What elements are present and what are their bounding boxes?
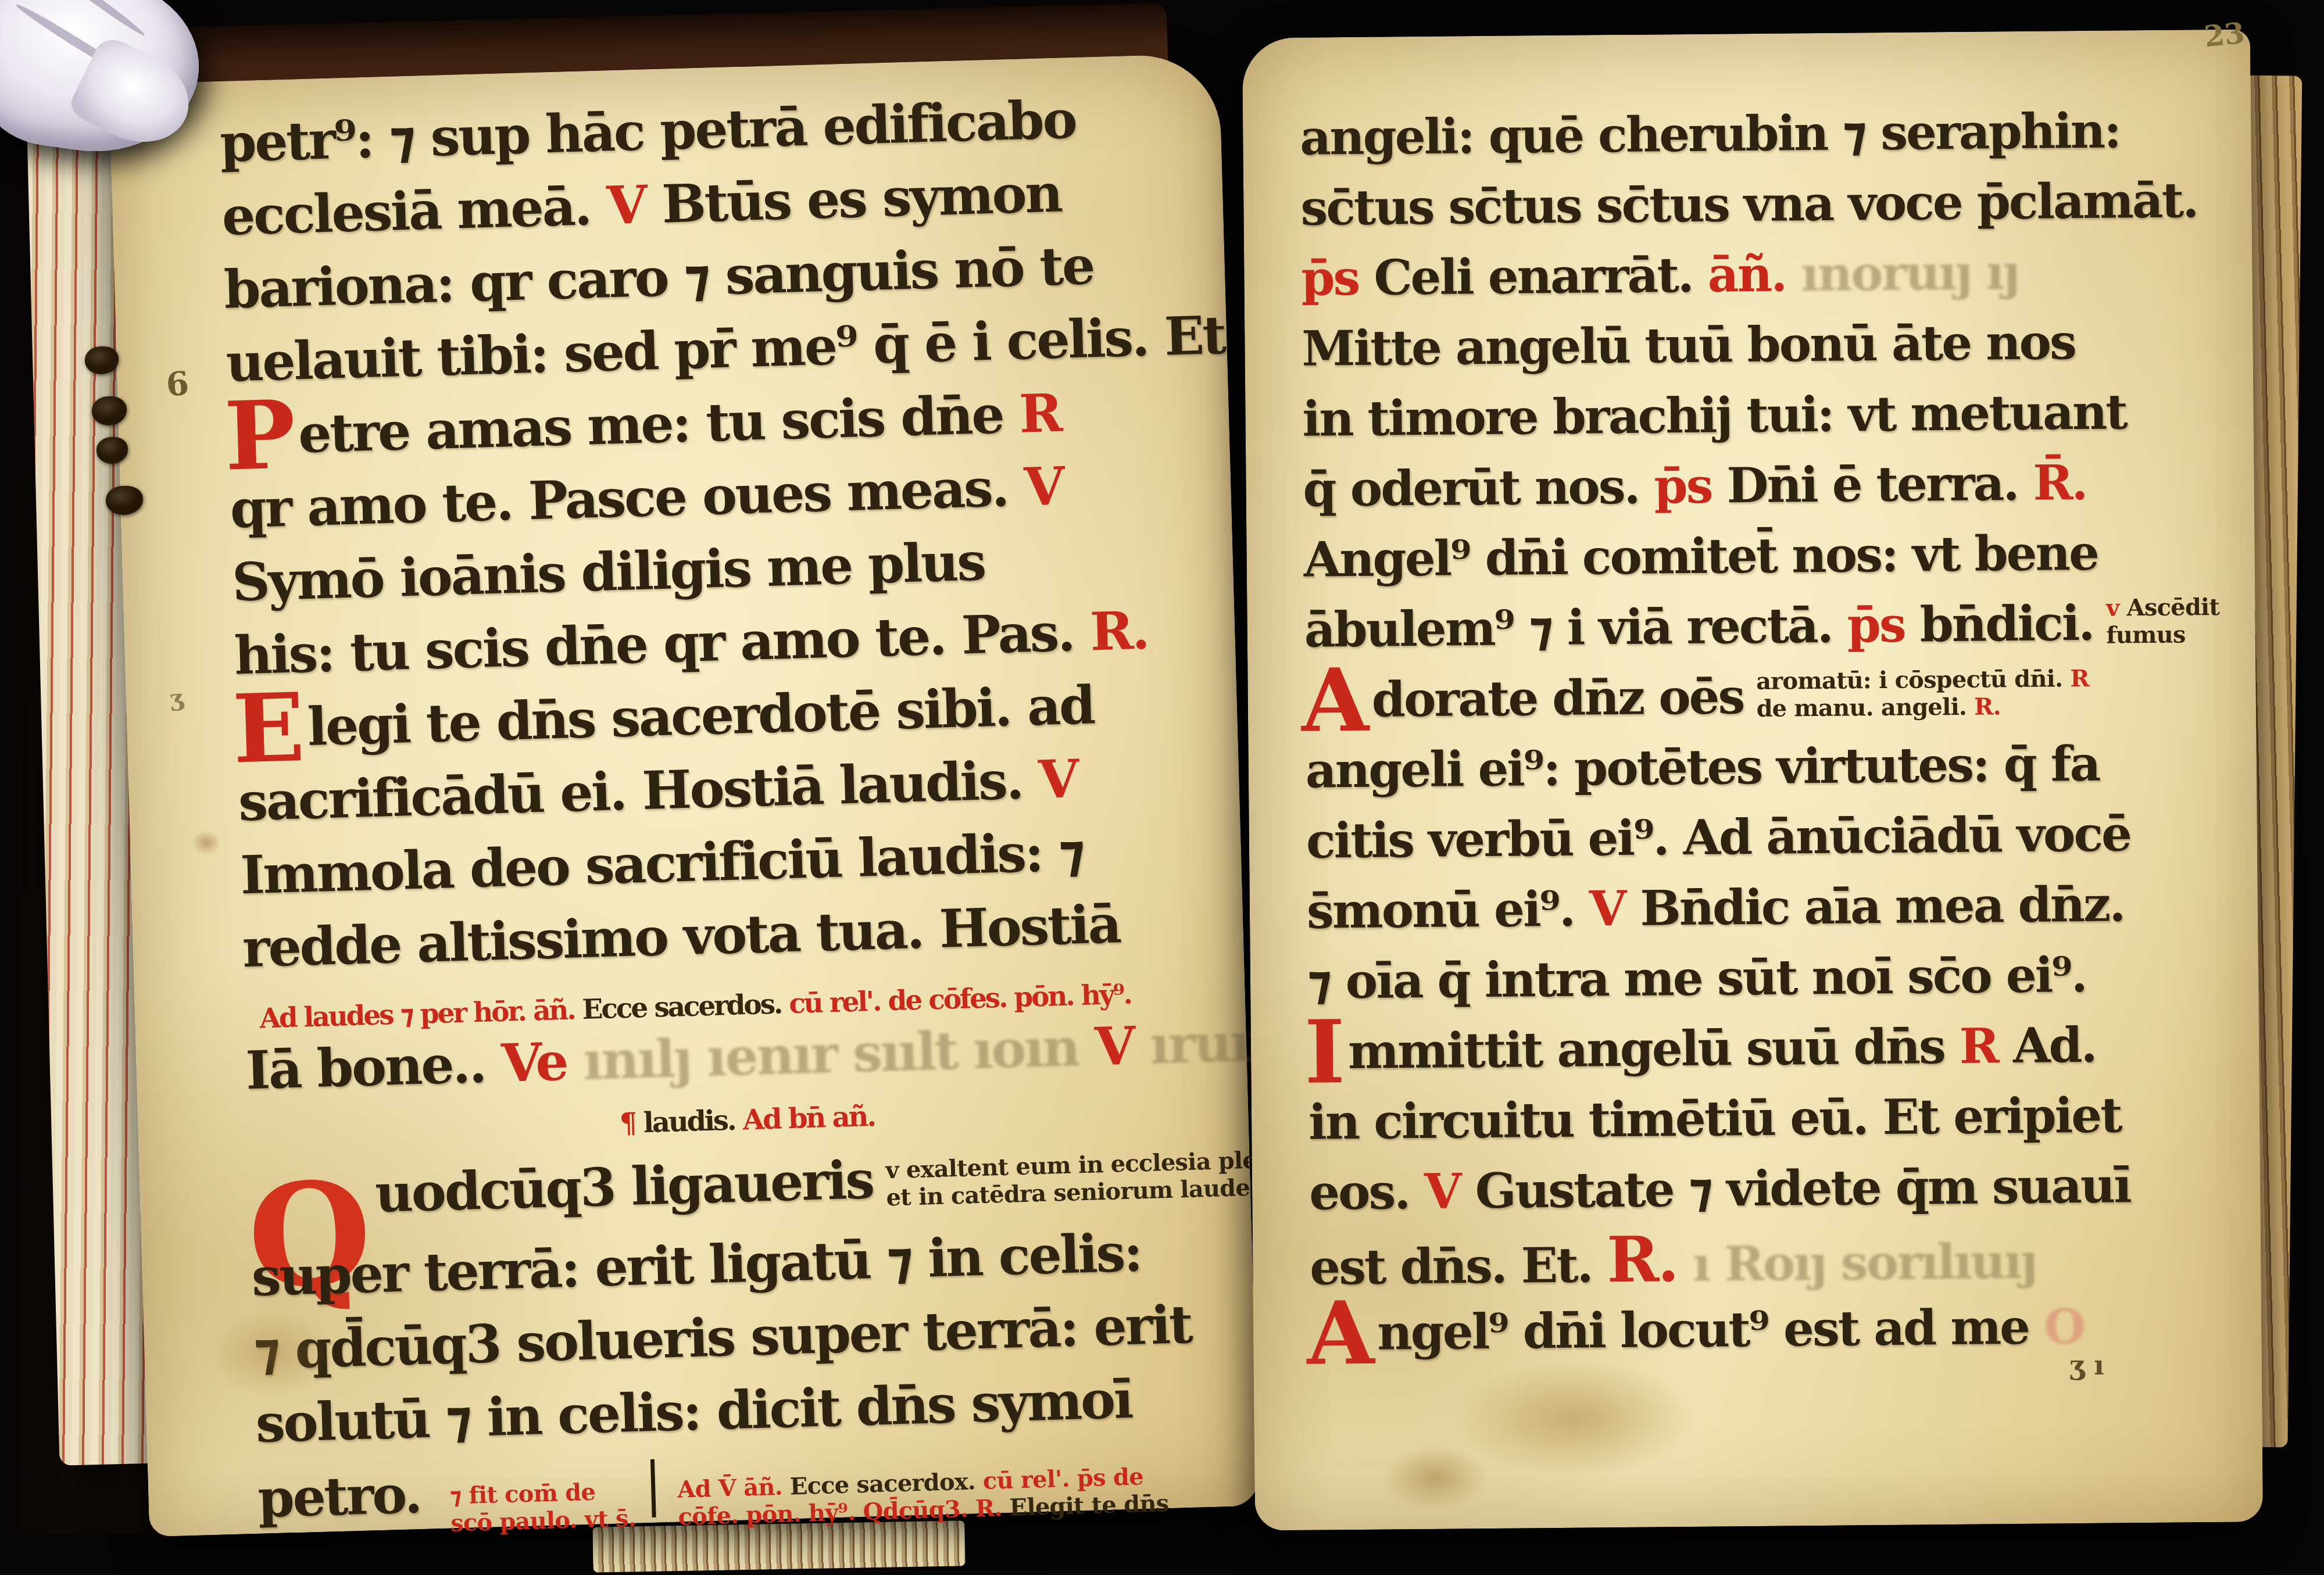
rubric-mark: V [1023,456,1064,518]
text-run: etre amas me: tu scis dn̄e [298,384,1020,466]
show-through-text: ı Roıȷ sorılıuıȷ [1678,1233,2037,1293]
text-run: Dn̄i ē terra. [1726,454,2033,514]
text-run: sc̄tus sc̄tus sc̄tus vna voce p̄clamāt. [1300,171,2198,236]
text-run: Ad V̄ āñ. [677,1473,791,1503]
rubric-mark: āñ. [1707,245,1786,303]
manuscript-line: p̄s Celi enarrāt. āñ. ınoruıȷ ıȷ [1301,235,2243,314]
manuscript-line: s̄monū ei⁹. V Bn̄dic aīa mea dn̄z. [1306,868,2248,947]
manuscript-line: q̄ oderūt nos. p̄s Dn̄i ē terra. R̄. [1303,446,2245,525]
rubric-mark: Ve [500,1031,567,1094]
text-run: cū rel'. p̄s de [982,1463,1143,1495]
text-run: fumus [2106,621,2186,649]
rubric-mark: R̄. [2033,454,2087,511]
text-run: scō paulo. vt s̄. [450,1505,636,1537]
stain [185,825,227,860]
marginal-rubric: Ad V̄ āñ. Ecce sacerdox. cū rel'. p̄s de… [677,1462,1169,1531]
right-page: angeli: quē cherubin ⁊ seraphin:sc̄tus s… [1242,29,2263,1530]
rubric-mark: R. [1089,600,1149,663]
rubric-mark: V [1038,748,1078,811]
text-run: s̄monū ei⁹. [1307,880,1590,939]
right-text-column: angeli: quē cherubin ⁊ seraphin:sc̄tus s… [1300,95,2253,1369]
text-run: Ad. [2013,1016,2096,1074]
page-number-right: 23 [2203,16,2246,54]
manuscript-line: citis verbū ei⁹. Ad ānūciādū vocē [1306,798,2248,876]
manuscript-line: sc̄tus sc̄tus sc̄tus vna voce p̄clamāt. [1300,165,2243,244]
text-run: ¶ [619,1107,644,1140]
text-run: de manu. angeli. [1756,693,1974,722]
text-run: mmittit angelū suū dn̄s [1348,1018,1960,1080]
text-run: Gustate ⁊ videte q̄m suauī [1475,1157,2130,1219]
text-run: Btūs es symon [661,163,1062,235]
rubric-mark: R [1959,1017,2013,1075]
text-run: ⁊ oīa q̄ intra me sūt noī sc̄o ei⁹. [1307,946,2087,1010]
folio-number-left: 6 [165,364,190,405]
text-run: Bn̄dic aīa mea dn̄z. [1640,875,2125,936]
show-through-text: ınoruıȷ ıȷ [1786,244,2019,302]
manuscript-line: Angel⁹ dn̄i comitet̄ nos: vt bene [1303,517,2246,595]
text-run: ngel⁹ dn̄i locut⁹ est ad me [1377,1298,2029,1361]
text-run: Mitte angelū tuū bonū āte nos [1302,313,2075,377]
text-run: bn̄dici. [1919,595,2093,653]
manuscript-line: ābulem⁹ ⁊ i viā rectā. p̄s bn̄dici.v Asc… [1304,587,2246,665]
margin-mark-left: ʒ [169,684,185,713]
marginal-rubric: ⁊ fit com̄ descō paulo. vt s̄. [449,1477,636,1537]
text-run: ⁊ fit com̄ de [449,1479,596,1510]
rubric-mark: V [1424,1162,1475,1220]
quire-mark-right: ʒ ı [2069,1350,2104,1381]
text-run: aromatū: i cōspectū dn̄i. [1756,665,2071,695]
manuscript-line: ⁊ oīa q̄ intra me sūt noī sc̄o ei⁹. [1307,939,2249,1017]
rubric-divider [650,1459,656,1517]
stain [1359,1431,1511,1525]
text-run: R. [1974,693,2001,720]
show-through-text: O [2029,1298,2085,1355]
manuscript-line: angeli: quē cherubin ⁊ seraphin: [1300,95,2242,173]
manuscript-line: Immittit angelū suū dn̄s R Ad. [1308,1009,2250,1087]
marginal-rubric-row: v Ascēdit [2106,593,2219,622]
marginal-rubric-row: scō paulo. vt s̄. [450,1505,636,1537]
rubric-mark: p̄s [1301,249,1374,307]
text-run: ābulem⁹ ⁊ i viā rectā. [1304,597,1847,658]
text-run: Ecce sacerdos. [582,988,789,1026]
text-run: Ad bn̄ añ. [742,1100,875,1136]
text-run: in circuitu timētiū eū. Et eripiet [1308,1086,2121,1150]
text-run: R [2070,665,2089,692]
text-run: petro. [257,1463,438,1530]
manuscript-line: angeli ei⁹: potētes virtutes: q̄ fa [1305,728,2247,806]
manuscript-line: in circuitu timētiū eū. Et eripiet [1308,1079,2251,1158]
text-run: q̄ oderūt nos. [1303,457,1654,517]
marginal-rubric-row: fumus [2106,621,2219,649]
text-run: uodcūq3 ligaueris [374,1149,874,1225]
text-run: angeli: quē cherubin ⁊ seraphin: [1300,102,2120,166]
rubric-mark: V [1094,1015,1135,1078]
text-run: Ascēdit [2126,593,2219,621]
rubric-mark: R. [1607,1223,1678,1297]
marginal-rubric: aromatū: i cōspectū dn̄i. Rde manu. ange… [1756,665,2089,722]
text-run: dorate dn̄z oēs [1371,668,1743,728]
manuscript-line: est dn̄s. Et. R. ı Roıȷ sorılıuıȷ [1310,1220,2252,1298]
manuscript-line: eos. V Gustate ⁊ videte q̄m suauī [1309,1150,2251,1228]
manuscript-line: Adorate dn̄z oēsaromatū: i cōspectū dn̄i… [1304,657,2247,736]
manuscript-line: in timore brachij tui: vt metuant [1302,376,2244,454]
marginal-rubric-row: aromatū: i cōspectū dn̄i. R [1756,665,2089,695]
illuminated-initial: A [1307,1283,1374,1385]
marginal-rubric-row: de manu. angeli. R. [1756,692,2089,722]
text-run: Celi enarrāt. [1374,246,1708,306]
text-run: angeli ei⁹: potētes virtutes: q̄ fa [1305,735,2099,799]
rubric-mark: p̄s [1654,457,1727,514]
text-run: in timore brachij tui: vt metuant [1302,383,2126,447]
text-run: eos. [1309,1163,1425,1221]
text-run: laudis. [643,1104,743,1139]
rubric-mark: R [1018,382,1062,445]
manuscript-photo: petr⁹: ⁊ sup hāc petrā edificaboecclesiā… [0,0,2324,1575]
manuscript-line: Angel⁹ dn̄i locut⁹ est ad me O [1310,1290,2253,1369]
text-run: citis verbū ei⁹. Ad ānūciādū vocē [1306,805,2130,869]
text-run: v [2106,594,2127,621]
rubric-mark: p̄s [1847,596,1920,653]
text-run: ecclesiā meā. [221,175,607,247]
marginal-rubric: v Ascēditfumus [2106,593,2220,649]
left-page: petr⁹: ⁊ sup hāc petrā edificaboecclesiā… [109,53,1259,1537]
left-text-column: petr⁹: ⁊ sup hāc petrā edificaboecclesiā… [219,79,1248,1574]
rubric-mark: V [606,174,663,237]
text-run: Elegit te dn̄s [1009,1490,1169,1522]
text-run: Angel⁹ dn̄i comitet̄ nos: vt bene [1303,524,2098,588]
rubric-mark: V [1589,880,1640,937]
text-run: Iā bone.. [245,1033,502,1101]
show-through-text: ınılȷ ıenır sıılt ıoın [566,1016,1096,1092]
manuscript-line: Mitte angelū tuū bonū āte nos [1302,306,2244,384]
